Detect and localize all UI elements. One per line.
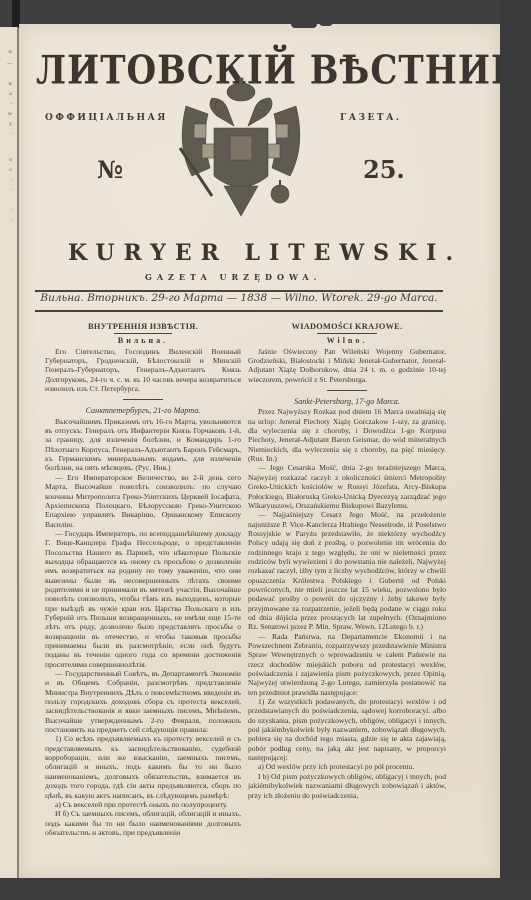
article-paragraph: a) Od wexlów przy ich protestacyi po pół… bbox=[248, 762, 446, 771]
issue-number-label: № bbox=[97, 155, 123, 184]
article-paragraph: — Его Императорское Величество, во 2-й д… bbox=[45, 473, 241, 529]
article-dateline: Sankt-Petersburg, 17-go Marca. bbox=[248, 397, 446, 406]
issue-number-value: 25. bbox=[363, 155, 405, 184]
article-paragraph: Jaśnie Oświecony Pan Wileński Wojenny Gu… bbox=[248, 347, 446, 384]
dateline-place: Вильна. bbox=[45, 336, 241, 345]
left-page-fragment: о bbox=[3, 157, 12, 163]
issue-dateline: Вильна. Вторникъ. 29-го Марта — 1838 — W… bbox=[35, 292, 443, 304]
section-heading: ВНУТРЕННІЯ ИЗВѢСТІЯ. bbox=[45, 322, 241, 333]
left-page-fragment: п bbox=[3, 49, 12, 55]
page-tear bbox=[291, 22, 317, 28]
left-page-fragment: w bbox=[3, 111, 12, 117]
article-paragraph: Высочайшимъ Приказомъ отъ 16-го Марта, у… bbox=[45, 417, 241, 473]
masthead-subtitle-polish: GAZETA URZĘDOWA. bbox=[145, 272, 321, 282]
scanner-background-right bbox=[500, 0, 531, 900]
article-paragraph: И б) Съ заемныхъ писемъ, облигацій, обли… bbox=[45, 809, 241, 837]
left-page-fragment: y bbox=[3, 121, 12, 127]
left-page-fragment: . bbox=[3, 205, 12, 211]
scanner-background-top bbox=[0, 0, 531, 26]
article-paragraph: Przez Najwyższy Rozkaz pod dniem 16 Marc… bbox=[248, 407, 446, 463]
article-paragraph: 1) Со всѣхъ предъявляемыхъ къ протесту в… bbox=[45, 734, 241, 799]
left-page-fragment: - bbox=[3, 101, 12, 107]
column-polish: WIADOMOŚCI KRAJOWE. Wilno. Jaśnie Oświec… bbox=[248, 322, 446, 800]
page-tear bbox=[319, 22, 333, 26]
double-headed-eagle-icon bbox=[172, 76, 310, 228]
bottom-rule bbox=[35, 310, 443, 312]
left-page-fragment: с bbox=[3, 167, 12, 173]
article-paragraph: — Rada Państwa, na Departamencie Ekonomi… bbox=[248, 632, 446, 697]
left-page-fragment: - bbox=[3, 131, 12, 137]
article-paragraph: — Jego Cesarska Mość, dnia 2-go teraźnie… bbox=[248, 463, 446, 510]
article-paragraph: — Государственный Совѣтъ, въ Департамент… bbox=[45, 669, 241, 734]
article-dateline: Санктпетербургъ, 21-го Марта. bbox=[45, 406, 241, 415]
article-paragraph: а) Съ векселей при протестѣ оныхъ по пол… bbox=[45, 800, 241, 809]
article-paragraph: 1) Ze wszystkich podawanych, do protesta… bbox=[248, 697, 446, 762]
left-page-fragment: н bbox=[3, 81, 12, 87]
scanner-background-bottom bbox=[0, 878, 531, 900]
separator bbox=[327, 390, 367, 391]
masthead-subtitle-right: ГАЗЕТА. bbox=[340, 113, 402, 123]
separator bbox=[123, 399, 163, 400]
adjacent-left-page: п — н а - w y - о с - - . - bbox=[0, 27, 18, 897]
section-heading: WIADOMOŚCI KRAJOWE. bbox=[248, 322, 446, 333]
dateline-place: Wilno. bbox=[248, 336, 446, 345]
left-page-fragment: — bbox=[3, 61, 12, 67]
left-page-fragment: - bbox=[3, 187, 12, 193]
column-russian: ВНУТРЕННІЯ ИЗВѢСТІЯ. Вильна. Его Сіятель… bbox=[45, 322, 241, 837]
masthead-title-polish: KURYER LITEWSKI. bbox=[68, 240, 462, 266]
left-page-fragment: - bbox=[3, 177, 12, 183]
left-page-fragment: - bbox=[3, 217, 12, 223]
article-paragraph: — Najjaśniejszy Cesarz Jego Mość, na prz… bbox=[248, 510, 446, 631]
article-paragraph: Его Сіятельство, Господинъ Виленскій Вое… bbox=[45, 347, 241, 394]
article-paragraph: — Государь Императоръ, по всеподданнѣйше… bbox=[45, 529, 241, 669]
left-page-fragment: а bbox=[3, 91, 12, 97]
masthead-subtitle-left: ОФФИЦІАЛЬНАЯ bbox=[45, 113, 168, 123]
article-paragraph: I b) Od pism pożyczkowych obligów, oblig… bbox=[248, 772, 446, 800]
